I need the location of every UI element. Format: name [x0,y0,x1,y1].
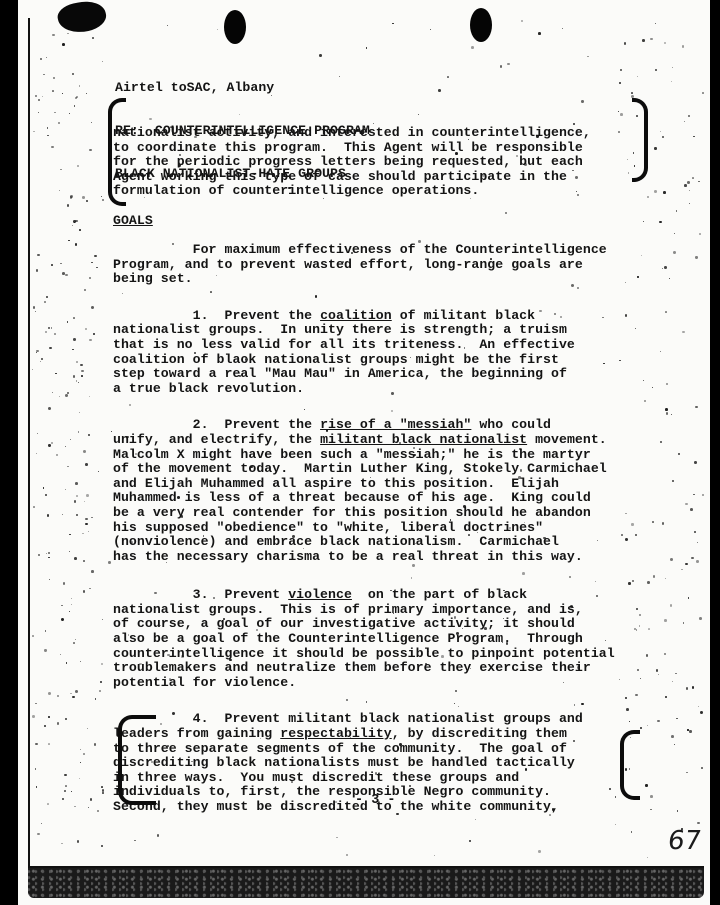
document-page: Airtel toSAC, Albany RE: COUNTERINTELLIG… [18,0,710,905]
intro-line: formulation of counterintelligence opera… [113,184,591,199]
punch-hole-right [470,8,492,42]
intro-line: nationalist activity, and interested in … [113,126,591,141]
goal-1-line: 1. Prevent the coalition of militant bla… [113,309,615,324]
goals-body: For maximum effectiveness of the Counter… [113,243,615,815]
page-number: - 3 - [355,793,396,808]
goal-2-line: has the necessary charisma to be a real … [113,550,615,565]
margin-bracket-top-right [632,98,648,182]
goal-3-line: of course, a goal of our investigative a… [113,617,615,632]
goal-3-line: counterintelligence it should be possibl… [113,647,615,662]
handwritten-page-number: 67 [666,826,703,856]
scan-edge-strip [28,868,704,898]
goal-3-line: also be a goal of the Counterintelligenc… [113,632,615,647]
goal-4-line: in three ways. You must discredit these … [113,771,615,786]
margin-bracket-bottom-right [620,730,640,800]
header-routing: Airtel toSAC, Albany [115,81,370,95]
goal-3-line: troublemakers and neutralize them before… [113,661,615,676]
goal-1-line: coalition of black nationalist groups mi… [113,353,615,368]
goal-4-line: discrediting black nationalists must be … [113,756,615,771]
goal-3-line: nationalist groups. This is of primary i… [113,603,615,618]
left-margin-rule [28,18,30,873]
goal-1-line: step toward a real "Mau Mau" in America,… [113,367,615,382]
goal-2-line: be a very real contender for this positi… [113,506,615,521]
goal-2-line: Muhammed is less of a threat because of … [113,491,615,506]
intro-line: for the periodic progress letters being … [113,155,591,170]
goal-1-line: nationalist groups. In unity there is st… [113,323,615,338]
goal-4-line: to three separate segments of the commun… [113,742,615,757]
goal-2-line: unify, and electrify, the militant black… [113,433,615,448]
intro-line: to coordinate this program. This Agent w… [113,141,591,156]
section-heading-goals: GOALS [113,214,153,229]
goal-1-line: a true black revolution. [113,382,615,397]
goal-2-line: his supposed "obedience" to "white, libe… [113,521,615,536]
underlined-phrase: militant black nationalist [320,432,527,447]
margin-bracket-bottom-left [118,715,156,805]
goal-3-line: potential for violence. [113,676,615,691]
goal-2-line: 2. Prevent the rise of a "messiah" who c… [113,418,615,433]
goal-1-line: that is no less valid for all its triten… [113,338,615,353]
goal-2-line: and Elijah Muhammed all aspire to this p… [113,477,615,492]
punch-hole-left [224,10,246,44]
ink-blot [55,0,108,37]
underlined-phrase: respectability [280,726,392,741]
goals-intro-line: Program, and to prevent wasted effort, l… [113,258,615,273]
intro-paragraph: nationalist activity, and interested in … [113,126,591,199]
underlined-phrase: coalition [320,308,392,323]
goal-2-line: Malcolm X might have been such a "messia… [113,448,615,463]
goals-intro-line: For maximum effectiveness of the Counter… [113,243,615,258]
goal-4-line: 4. Prevent militant black nationalist gr… [113,712,615,727]
underlined-phrase: rise of a "messiah" [320,417,471,432]
goal-2-line: of the movement today. Martin Luther Kin… [113,462,615,477]
goal-2-line: (nonviolence) and embrace black national… [113,535,615,550]
goal-4-line: leaders from gaining respectability, by … [113,727,615,742]
intro-line: Agent working this type of case should p… [113,170,591,185]
underlined-phrase: violence [288,587,352,602]
goal-3-line: 3. Prevent violence on the part of black [113,588,615,603]
goals-intro-line: being set. [113,272,615,287]
